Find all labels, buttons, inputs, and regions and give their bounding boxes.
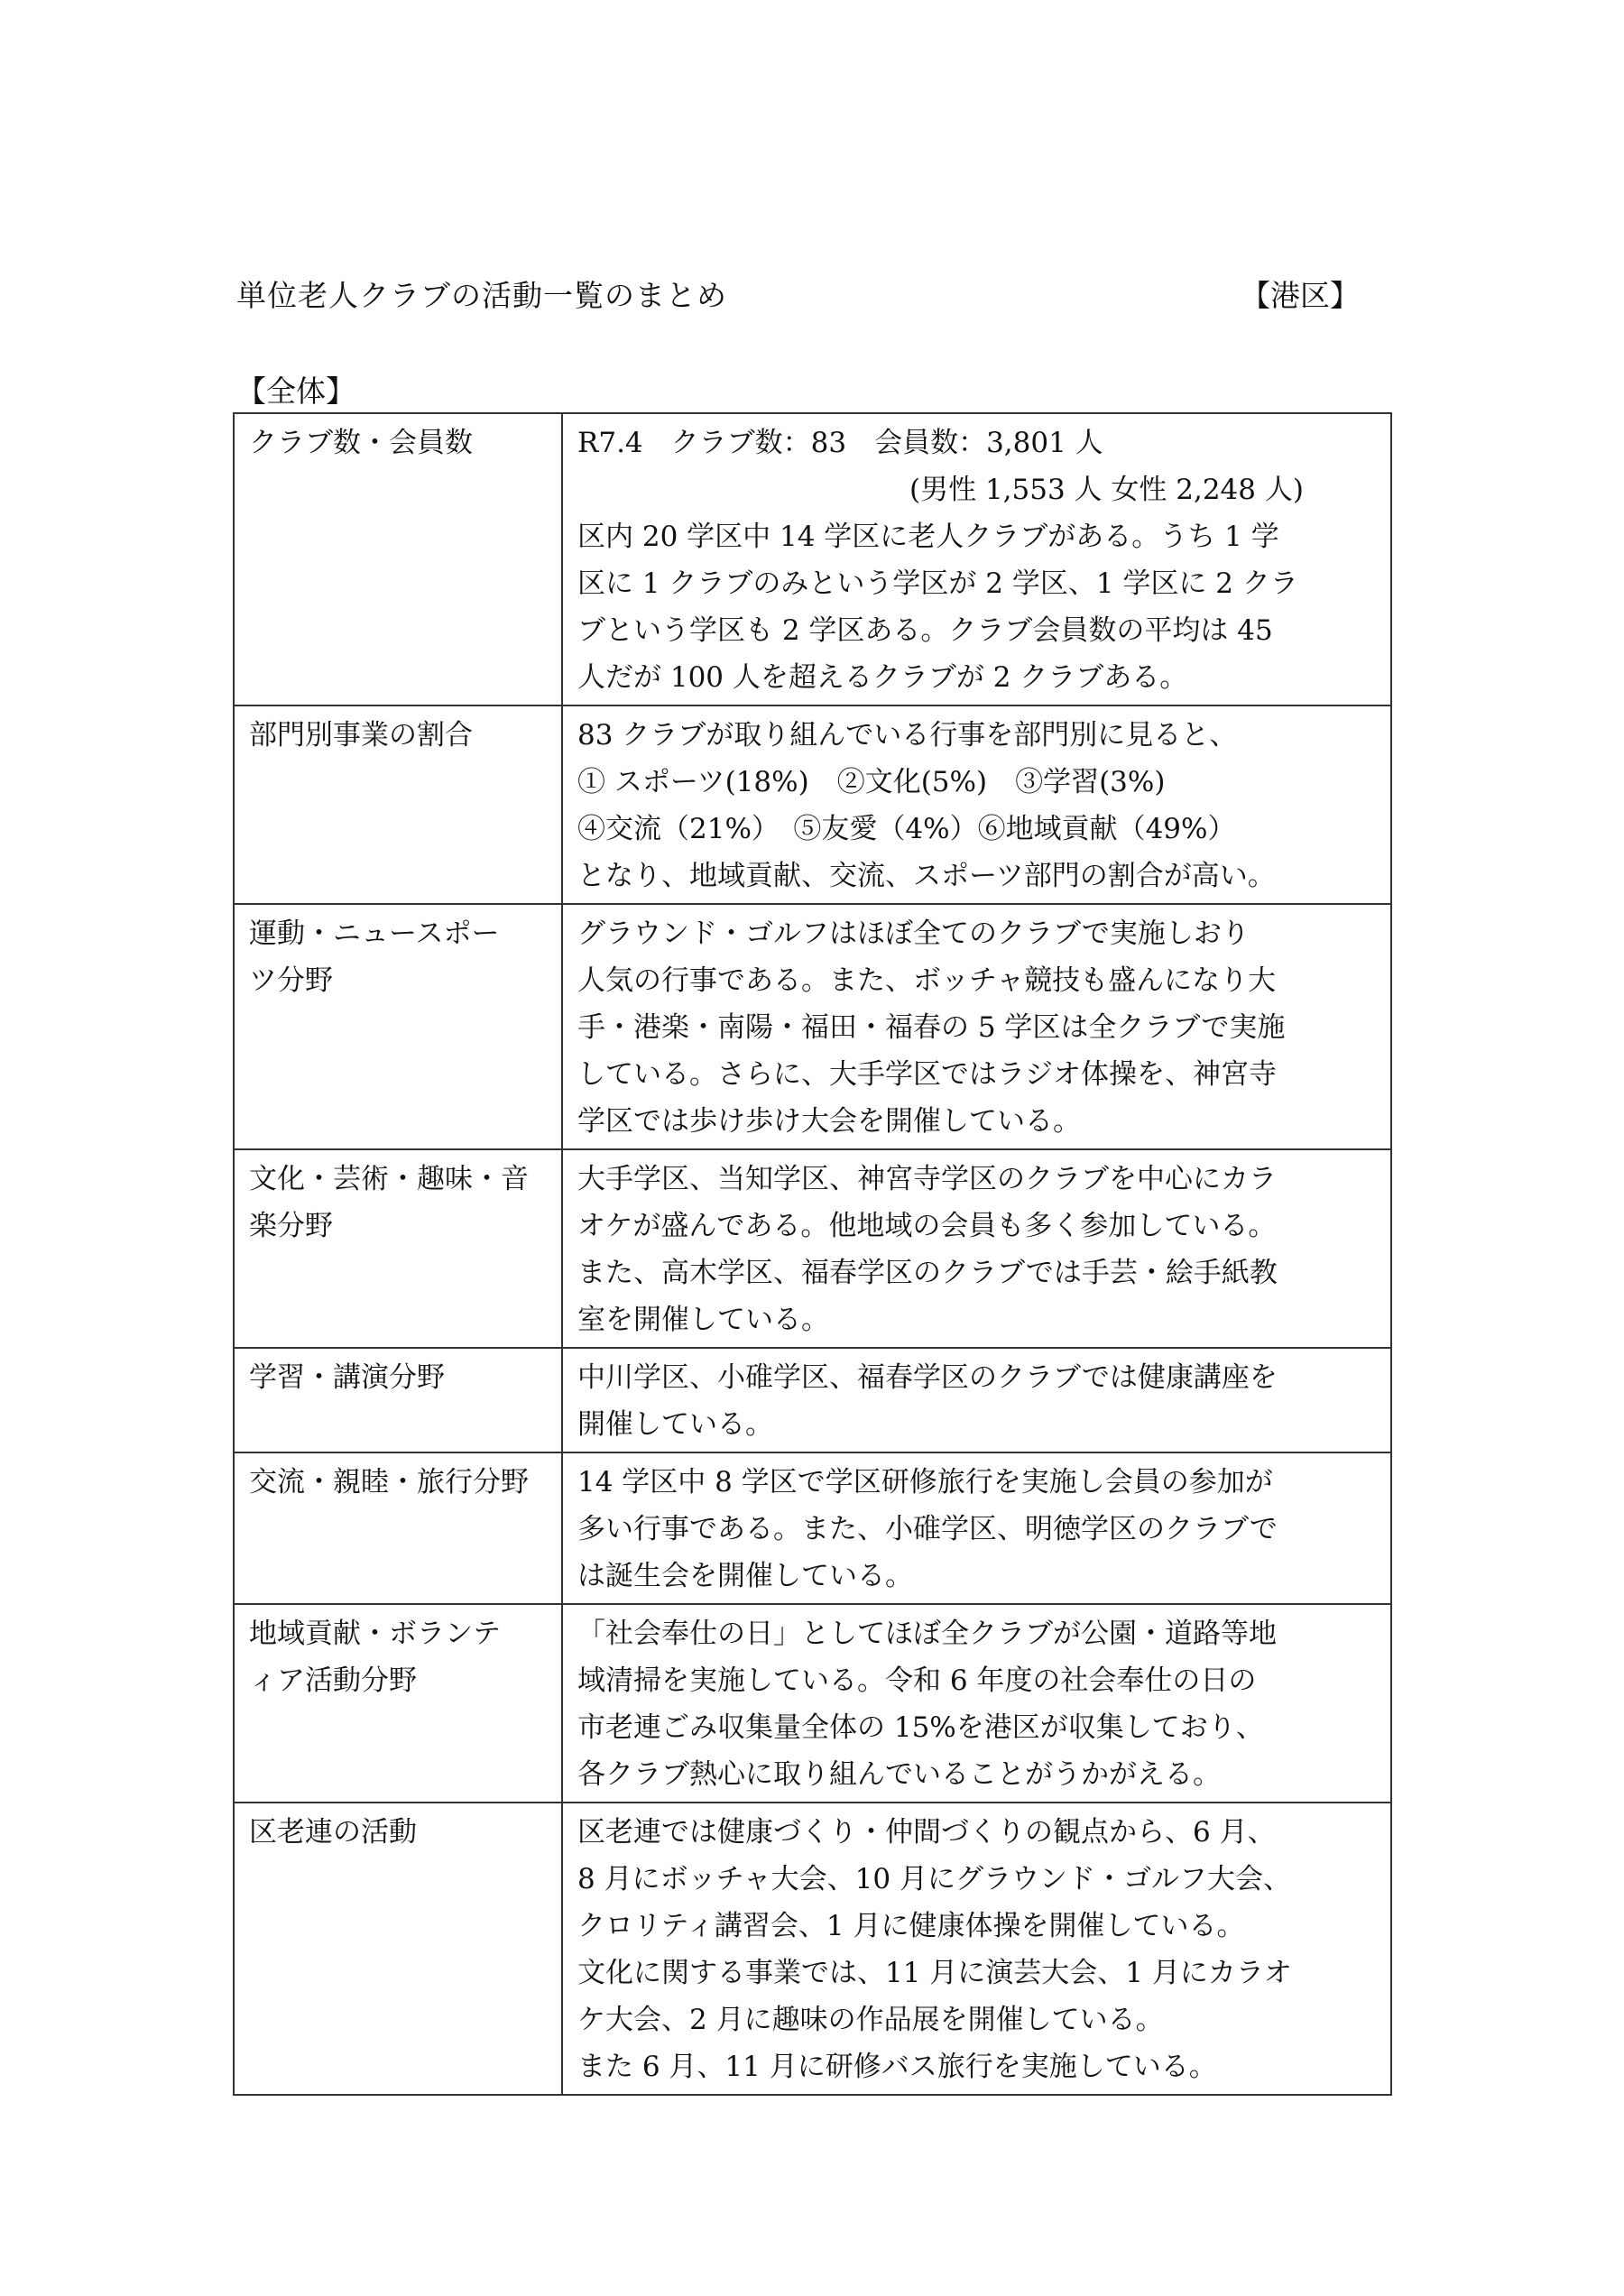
table-row: 交流・親睦・旅行分野14 学区中 8 学区で学区研修旅行を実施し会員の参加が多い…: [234, 1452, 1391, 1604]
row-content-text: 手・港楽・南陽・福田・福春の 5 学区は全クラブで実施: [577, 1004, 1381, 1051]
row-content-text: 8 月にボッチャ大会、10 月にグラウンド・ゴルフ大会、: [577, 1856, 1381, 1903]
row-content-text: クロリティ講習会、1 月に健康体操を開催している。: [577, 1903, 1381, 1950]
row-label-text: クラブ数・会員数: [249, 420, 552, 466]
row-content-text: 83 クラブが取り組んでいる行事を部門別に見ると、: [577, 712, 1381, 759]
row-content-text: 市老連ごみ収集量全体の 15%を港区が収集しており、: [577, 1704, 1381, 1751]
row-content-cell: R7.4 クラブ数：83 会員数：3,801 人(男性 1,553 人 女性 2…: [562, 413, 1391, 705]
row-label-cell: 地域貢献・ボランティア活動分野: [234, 1604, 562, 1803]
row-content-text: は誕生会を開催している。: [577, 1553, 1381, 1600]
row-content-text: グラウンド・ゴルフはほぼ全てのクラブで実施しおり: [577, 910, 1381, 957]
row-content-text: (男性 1,553 人 女性 2,248 人): [577, 466, 1381, 513]
row-content-text: 各クラブ熱心に取り組んでいることがうかがえる。: [577, 1751, 1381, 1798]
row-label-text: 運動・ニュースポー: [249, 910, 552, 957]
row-content-cell: 14 学区中 8 学区で学区研修旅行を実施し会員の参加が多い行事である。また、小…: [562, 1452, 1391, 1604]
row-label-cell: 区老連の活動: [234, 1803, 562, 2095]
row-content-text: 多い行事である。また、小碓学区、明徳学区のクラブで: [577, 1506, 1381, 1553]
table-row: 地域貢献・ボランティア活動分野「社会奉仕の日」としてほぼ全クラブが公園・道路等地…: [234, 1604, 1391, 1803]
row-content-text: オケが盛んである。他地域の会員も多く参加している。: [577, 1203, 1381, 1249]
row-content-text: 中川学区、小碓学区、福春学区のクラブでは健康講座を: [577, 1354, 1381, 1401]
row-label-text: 楽分野: [249, 1203, 552, 1249]
row-label-cell: 文化・芸術・趣味・音楽分野: [234, 1149, 562, 1348]
row-content-text: 14 学区中 8 学区で学区研修旅行を実施し会員の参加が: [577, 1459, 1381, 1506]
row-label-cell: クラブ数・会員数: [234, 413, 562, 705]
row-content-text: 「社会奉仕の日」としてほぼ全クラブが公園・道路等地: [577, 1610, 1381, 1657]
row-content-text: となり、地域貢献、交流、スポーツ部門の割合が高い。: [577, 853, 1381, 899]
row-content-cell: 「社会奉仕の日」としてほぼ全クラブが公園・道路等地域清掃を実施している。令和 6…: [562, 1604, 1391, 1803]
row-content-text: ① スポーツ(18%) ②文化(5%) ③学習(3%): [577, 759, 1381, 806]
row-content-cell: 大手学区、当知学区、神宮寺学区のクラブを中心にカラオケが盛んである。他地域の会員…: [562, 1149, 1391, 1348]
row-content-text: 大手学区、当知学区、神宮寺学区のクラブを中心にカラ: [577, 1156, 1381, 1203]
row-label-text: 地域貢献・ボランテ: [249, 1610, 552, 1657]
row-content-text: 学区では歩け歩け大会を開催している。: [577, 1098, 1381, 1145]
row-content-text: 区老連では健康づくり・仲間づくりの観点から、6 月、: [577, 1809, 1381, 1856]
row-label-cell: 運動・ニュースポーツ分野: [234, 904, 562, 1149]
row-content-text: R7.4 クラブ数：83 会員数：3,801 人: [577, 420, 1381, 466]
section-label: 【全体】: [236, 368, 355, 410]
row-content-cell: 中川学区、小碓学区、福春学区のクラブでは健康講座を開催している。: [562, 1348, 1391, 1452]
region-label: 【港区】: [1241, 272, 1360, 315]
row-content-text: また、高木学区、福春学区のクラブでは手芸・絵手紙教: [577, 1249, 1381, 1296]
row-content-text: ケ大会、2 月に趣味の作品展を開催している。: [577, 1996, 1381, 2043]
row-label-cell: 交流・親睦・旅行分野: [234, 1452, 562, 1604]
row-content-text: 区に 1 クラブのみという学区が 2 学区、1 学区に 2 クラ: [577, 560, 1381, 607]
row-label-text: 部門別事業の割合: [249, 712, 552, 759]
row-label-text: 学習・講演分野: [249, 1354, 552, 1401]
row-content-text: している。さらに、大手学区ではラジオ体操を、神宮寺: [577, 1051, 1381, 1098]
table-row: 文化・芸術・趣味・音楽分野大手学区、当知学区、神宮寺学区のクラブを中心にカラオケ…: [234, 1149, 1391, 1348]
table-row: クラブ数・会員数R7.4 クラブ数：83 会員数：3,801 人(男性 1,55…: [234, 413, 1391, 705]
row-content-cell: グラウンド・ゴルフはほぼ全てのクラブで実施しおり人気の行事である。また、ボッチャ…: [562, 904, 1391, 1149]
row-content-text: 区内 20 学区中 14 学区に老人クラブがある。うち 1 学: [577, 513, 1381, 560]
row-content-text: ブという学区も 2 学区ある。クラブ会員数の平均は 45: [577, 607, 1381, 654]
row-label-text: ィア活動分野: [249, 1657, 552, 1704]
row-content-cell: 83 クラブが取り組んでいる行事を部門別に見ると、① スポーツ(18%) ②文化…: [562, 705, 1391, 904]
row-content-text: また 6 月、11 月に研修バス旅行を実施している。: [577, 2043, 1381, 2090]
row-content-text: 人だが 100 人を超えるクラブが 2 クラブある。: [577, 654, 1381, 701]
summary-table: クラブ数・会員数R7.4 クラブ数：83 会員数：3,801 人(男性 1,55…: [233, 412, 1392, 2096]
row-content-text: ④交流（21%） ⑤友愛（4%）⑥地域貢献（49%）: [577, 806, 1381, 853]
row-content-text: 室を開催している。: [577, 1296, 1381, 1343]
row-content-text: 開催している。: [577, 1401, 1381, 1448]
row-label-text: ツ分野: [249, 957, 552, 1004]
table-row: 運動・ニュースポーツ分野グラウンド・ゴルフはほぼ全てのクラブで実施しおり人気の行…: [234, 904, 1391, 1149]
row-content-text: 文化に関する事業では、11 月に演芸大会、1 月にカラオ: [577, 1950, 1381, 1996]
table-row: 学習・講演分野中川学区、小碓学区、福春学区のクラブでは健康講座を開催している。: [234, 1348, 1391, 1452]
row-label-cell: 学習・講演分野: [234, 1348, 562, 1452]
row-label-text: 文化・芸術・趣味・音: [249, 1156, 552, 1203]
row-content-text: 域清掃を実施している。令和 6 年度の社会奉仕の日の: [577, 1657, 1381, 1704]
table-row: 部門別事業の割合83 クラブが取り組んでいる行事を部門別に見ると、① スポーツ(…: [234, 705, 1391, 904]
row-content-cell: 区老連では健康づくり・仲間づくりの観点から、6 月、8 月にボッチャ大会、10 …: [562, 1803, 1391, 2095]
row-label-cell: 部門別事業の割合: [234, 705, 562, 904]
row-label-text: 交流・親睦・旅行分野: [249, 1459, 552, 1506]
row-label-text: 区老連の活動: [249, 1809, 552, 1856]
table-row: 区老連の活動区老連では健康づくり・仲間づくりの観点から、6 月、8 月にボッチャ…: [234, 1803, 1391, 2095]
document-title: 単位老人クラブの活動一覧のまとめ: [236, 272, 727, 315]
row-content-text: 人気の行事である。また、ボッチャ競技も盛んになり大: [577, 957, 1381, 1004]
